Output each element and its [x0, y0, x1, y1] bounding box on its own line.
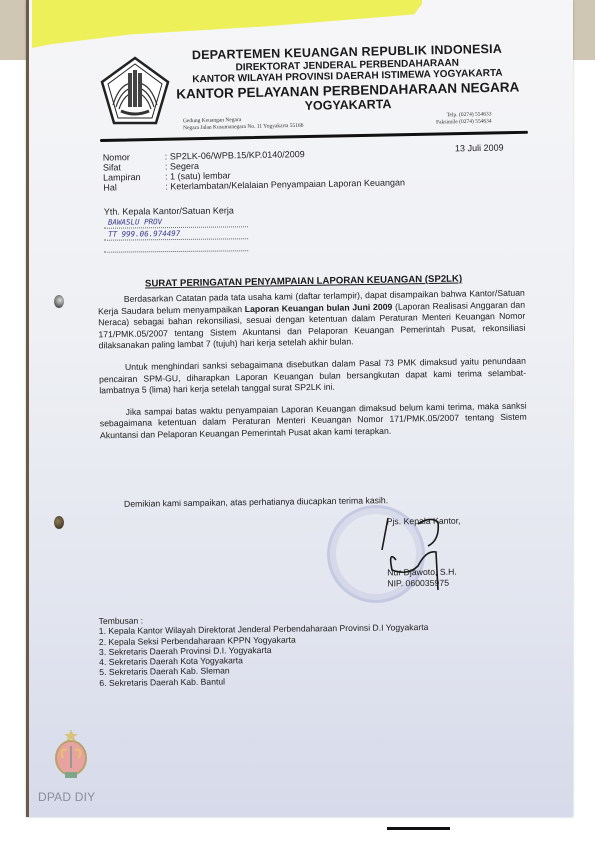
addressee-salutation: Yth. Kepala Kantor/Satuan Kerja: [104, 205, 248, 217]
watermark: [36, 728, 106, 788]
paragraph-3: Jika sampai batas waktu penyampaian Lapo…: [100, 400, 527, 441]
addressee-blank-line: [104, 239, 248, 253]
yogyakarta-emblem-icon: [51, 728, 91, 783]
addressee-block: Yth. Kepala Kantor/Satuan Kerja BAWASLU …: [104, 205, 248, 253]
office-address: Gedung Keuangan Negara Negara Jalan Kusu…: [183, 116, 304, 133]
paragraph-2: Untuk menghindari sanksi sebagaimana dis…: [99, 356, 526, 397]
scan-edge-mark: [387, 827, 450, 830]
office-contact: Telp. (0274) 554633 Faksimile (0274) 554…: [436, 111, 492, 126]
letter-date: 13 Juli 2009: [455, 143, 504, 154]
tembusan-list: 1. Kepala Kantor Wilayah Direktorat Jend…: [99, 622, 429, 688]
paragraph-1: Berdasarkan Catatan pada tata usaha kami…: [98, 288, 526, 353]
letter-meta: Nomor SP2LK-06/WPB.15/KP.0140/2009 Sifat…: [103, 147, 405, 192]
signer-name: Nur Djawoto, S.H.: [387, 567, 461, 579]
meta-value: Segera: [165, 161, 199, 172]
meta-label: Hal: [103, 182, 165, 193]
punch-hole-bottom: [54, 516, 64, 529]
signature-block: Pjs. Kepala Kantor, Nur Djawoto, S.H. NI…: [387, 516, 462, 590]
fax-number: Faksimile (0274) 554634: [436, 118, 492, 126]
signer-nip: NIP. 060035975: [387, 578, 461, 590]
punch-hole-top: [54, 295, 64, 308]
letterhead: DEPARTEMEN KEUANGAN REPUBLIK INDONESIA D…: [174, 41, 520, 115]
ministry-finance-logo-icon: [99, 55, 171, 127]
letter-body: Berdasarkan Catatan pada tata usaha kami…: [98, 288, 527, 452]
signer-role: Pjs. Kepala Kantor,: [387, 516, 461, 528]
tembusan-block: Tembusan : 1. Kepala Kantor Wilayah Dire…: [99, 612, 429, 688]
paragraph-1-emphasis: Laporan Keuangan bulan Juni 2009: [245, 301, 393, 313]
watermark-text: DPAD DIY: [38, 790, 95, 804]
